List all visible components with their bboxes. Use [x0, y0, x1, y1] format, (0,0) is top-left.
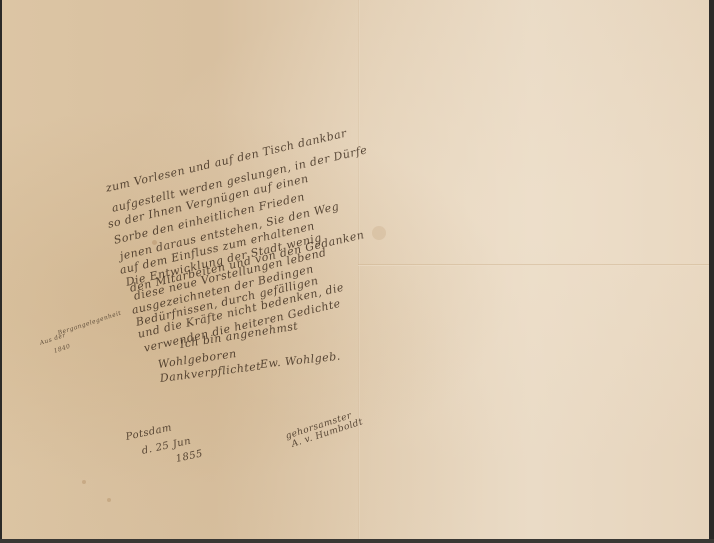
- margin-note-line: Bergangelegenheit: [57, 310, 122, 337]
- scan-bottom-edge: [0, 539, 714, 543]
- letter-year: 1855: [175, 448, 204, 464]
- paper-stain: [107, 498, 111, 502]
- paper-stain: [372, 226, 386, 240]
- letter-closing: Ew. Wohlgeb.: [259, 350, 341, 371]
- horizontal-fold-line: [358, 264, 709, 266]
- vertical-fold-line: [358, 0, 360, 539]
- letter-sheet: zum Vorlesen und auf den Tisch dankbar a…: [2, 0, 709, 539]
- paper-stain: [82, 480, 86, 484]
- margin-note-line: 1840: [53, 343, 72, 355]
